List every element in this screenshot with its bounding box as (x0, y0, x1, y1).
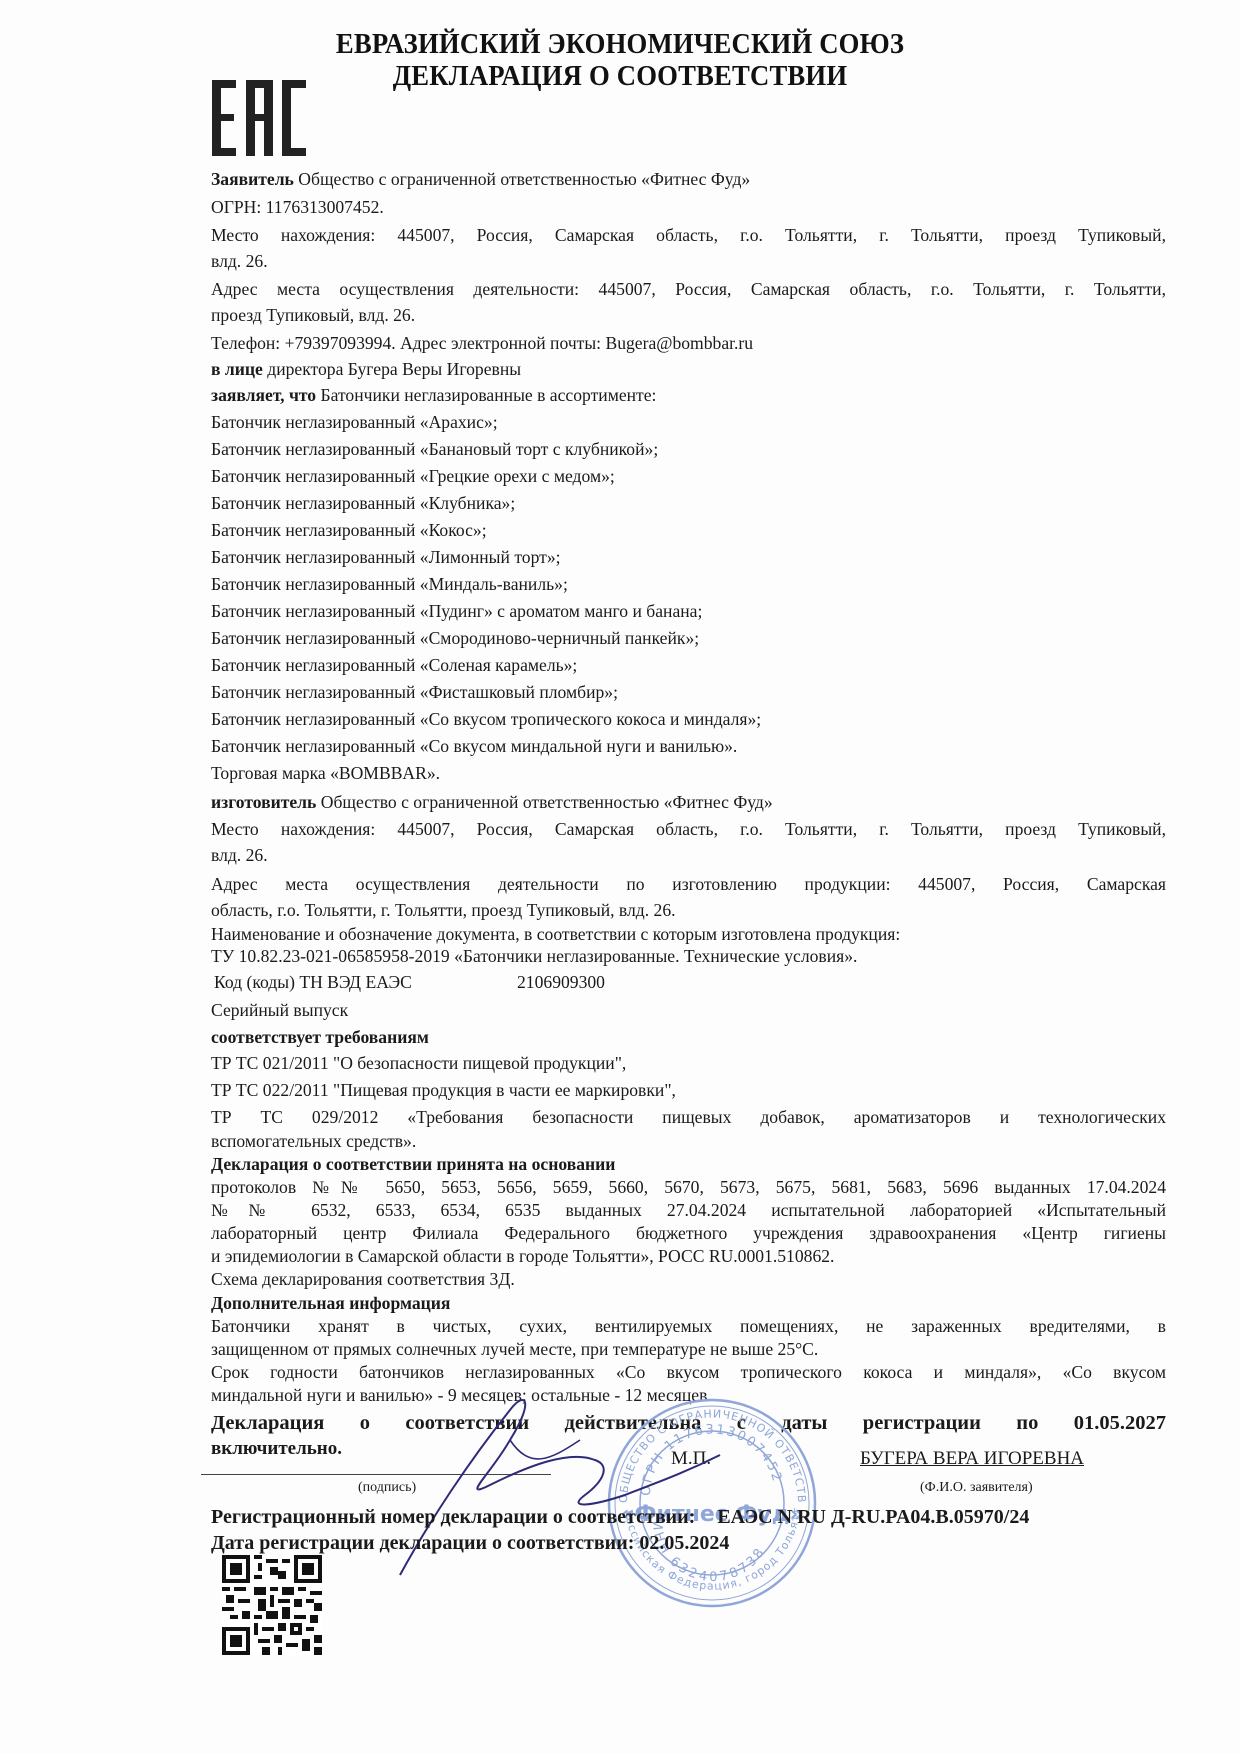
manufacturer-production-2: область, г.о. Тольятти, г. Тольятти, про… (211, 897, 1166, 923)
trademark: Торговая марка «BOMBBAR». (211, 760, 1166, 786)
basis-line-2: №№ 6532, 6533, 6534, 6535 выданных 27.04… (211, 1199, 1166, 1222)
declaration-body: Заявитель Общество с ограниченной ответс… (211, 166, 1166, 1461)
applicant-line: Заявитель Общество с ограниченной ответс… (211, 166, 1166, 192)
tnved-line: Код (коды) ТН ВЭД ЕАЭС2106909300 (211, 969, 1166, 995)
registration-date-label: Дата регистрации декларации о соответств… (211, 1532, 634, 1554)
manufacturer-location-2: влд. 26. (211, 842, 1166, 868)
eac-logo-icon (212, 80, 306, 156)
represented-label: в лице (211, 359, 263, 379)
tnved-label: Код (коды) ТН ВЭД ЕАЭС (214, 969, 517, 995)
applicant-location-1: Место нахождения: 445007, Россия, Самарс… (211, 222, 1166, 248)
product-item: Батончик неглазированный «Грецкие орехи … (211, 463, 1166, 489)
signer-name: БУГЕРА ВЕРА ИГОРЕВНА (860, 1448, 1084, 1470)
product-item: Батончик неглазированный «Банановый торт… (211, 436, 1166, 462)
declaration-page: ЕВРАЗИЙСКИЙ ЭКОНОМИЧЕСКИЙ СОЮЗ ДЕКЛАРАЦИ… (0, 0, 1240, 1754)
storage-line-2: защищенном от прямых солнечных лучей мес… (211, 1338, 1166, 1361)
declares-label: заявляет, что (211, 385, 316, 405)
requirement-item: ТР ТС 021/2011 "О безопасности пищевой п… (211, 1050, 1166, 1076)
applicant-name: Общество с ограниченной ответственностью… (298, 169, 750, 189)
requirement-item-3-line2: вспомогательных средств». (211, 1130, 1166, 1152)
registration-date: 02.05.2024 (639, 1532, 729, 1554)
storage-line-1: Батончики хранят в чистых, сухих, вентил… (211, 1315, 1166, 1338)
represented-by: директора Бугера Веры Игоревны (267, 359, 521, 379)
product-item: Батончик неглазированный «Арахис»; (211, 409, 1166, 435)
product-item: Батончик неглазированный «Кокос»; (211, 517, 1166, 543)
product-item: Батончик неглазированный «Соленая караме… (211, 652, 1166, 678)
signer-caption: (Ф.И.О. заявителя) (920, 1480, 1033, 1496)
declares-text: Батончики неглазированные в ассортименте… (321, 385, 657, 405)
applicant-location-2: влд. 26. (211, 248, 1166, 274)
product-item: Батончик неглазированный «Клубника»; (211, 490, 1166, 516)
additional-info-label: Дополнительная информация (211, 1291, 1166, 1315)
technical-spec: ТУ 10.82.23-021-06585958-2019 «Батончики… (211, 945, 1166, 967)
registration-date-line: Дата регистрации декларации о соответств… (211, 1532, 729, 1555)
product-list: Батончик неглазированный «Арахис»; Батон… (211, 409, 1166, 759)
product-item: Батончик неглазированный «Пудинг» с аром… (211, 598, 1166, 624)
applicant-label: Заявитель (211, 169, 294, 189)
requirements-label: соответствует требованиям (211, 1024, 1166, 1050)
manufacturer-name: Общество с ограниченной ответственностью… (321, 792, 773, 812)
product-item: Батончик неглазированный «Со вкусом троп… (211, 706, 1166, 732)
represented-line: в лице директора Бугера Веры Игоревны (211, 356, 1166, 382)
union-title: ЕВРАЗИЙСКИЙ ЭКОНОМИЧЕСКИЙ СОЮЗ (50, 28, 1191, 61)
release-type: Серийный выпуск (211, 997, 1166, 1023)
document-intro: Наименование и обозначение документа, в … (211, 923, 1166, 945)
manufacturer-label: изготовитель (211, 792, 316, 812)
registration-number-label: Регистрационный номер декларации о соотв… (211, 1506, 695, 1528)
declares-line: заявляет, что Батончики неглазированные … (211, 382, 1166, 408)
basis-label: Декларация о соответствии принята на осн… (211, 1152, 1166, 1176)
tnved-code: 2106909300 (517, 972, 605, 992)
basis-line-4: и эпидемиологии в Самарской области в го… (211, 1245, 1166, 1268)
product-item: Батончик неглазированный «Лимонный торт»… (211, 544, 1166, 570)
manufacturer-line: изготовитель Общество с ограниченной отв… (211, 789, 1166, 815)
product-item: Батончик неглазированный «Фисташковый пл… (211, 679, 1166, 705)
manufacturer-location-1: Место нахождения: 445007, Россия, Самарс… (211, 816, 1166, 842)
applicant-ogrn: ОГРН: 1176313007452. (211, 194, 1166, 220)
product-item: Батончик неглазированный «Со вкусом минд… (211, 733, 1166, 759)
qr-code-icon[interactable] (222, 1555, 322, 1655)
product-item: Батончик неглазированный «Смородиново-че… (211, 625, 1166, 651)
applicant-activity-2: проезд Тупиковый, влд. 26. (211, 302, 1166, 328)
applicant-activity-1: Адрес места осуществления деятельности: … (211, 276, 1166, 302)
manufacturer-production-1: Адрес места осуществления деятельности п… (211, 871, 1166, 897)
applicant-contacts: Телефон: +79397093994. Адрес электронной… (211, 330, 1166, 356)
declaration-scheme: Схема декларирования соответствия 3Д. (211, 1268, 1166, 1291)
basis-line-1: протоколов №№ 5650, 5653, 5656, 5659, 56… (211, 1176, 1166, 1199)
registration-number-line: Регистрационный номер декларации о соотв… (211, 1506, 1029, 1529)
basis-line-3: лабораторный центр Филиала Федерального … (211, 1222, 1166, 1245)
product-item: Батончик неглазированный «Миндаль-ваниль… (211, 571, 1166, 597)
registration-number: ЕАЭС N RU Д-RU.PA04.B.05970/24 (717, 1506, 1029, 1528)
requirement-item: ТР ТС 022/2011 "Пищевая продукция в част… (211, 1077, 1166, 1103)
requirement-item-3-line1: ТР ТС 029/2012 «Требования безопасности … (211, 1104, 1166, 1130)
